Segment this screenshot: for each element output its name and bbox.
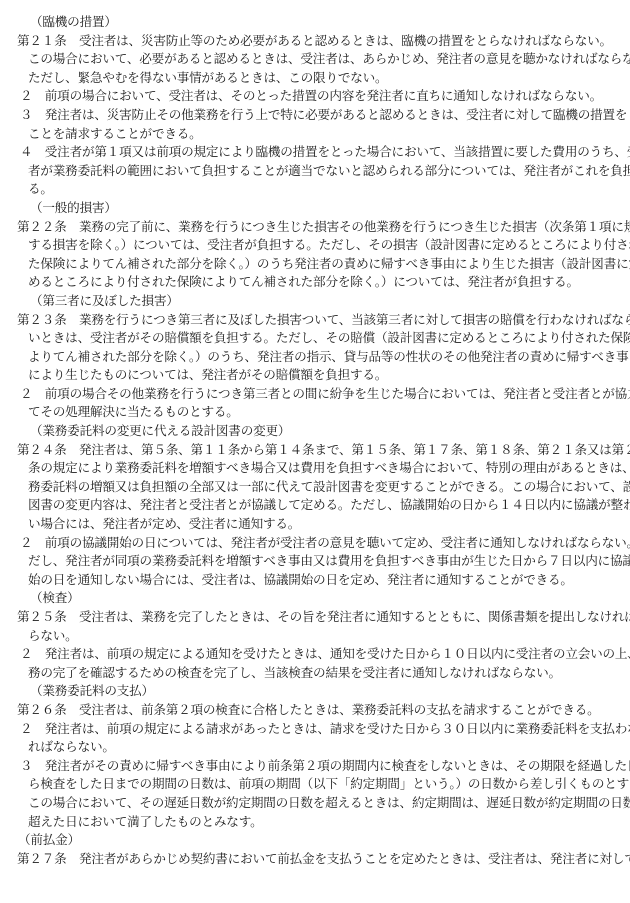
continuation-line: た保険によりてん補された部分を除く。）のうち発注者の責めに帰すべき事由により生じ… — [0, 255, 630, 274]
continuation-line: 務の完了を確認するための検査を完了し、当該検査の結果を受注者に通知しなければなら… — [0, 664, 630, 683]
article-first-line: 第２５条 受注者は、業務を完了したときは、その旨を発注者に通知するとともに、関係… — [0, 608, 630, 627]
continuation-line: 条の規定により業務委託料を増額すべき場合又は費用を負担すべき場合において、特別の… — [0, 459, 630, 478]
article-first-line: 第２１条 受注者は、災害防止等のため必要があると認めるときは、臨機の措置をとらな… — [0, 32, 630, 51]
paragraph-first-line: ２ 前項の場合その他業務を行うにつき第三者との間に紛争を生じた場合においては、発… — [0, 385, 630, 404]
continuation-line: 超えた日において満了したものとみなす。 — [0, 813, 630, 832]
article-first-line: 第２７条 発注者があらかじめ契約書において前払金を支払うことを定めたときは、受注… — [0, 850, 630, 869]
article-heading: （業務委託料の変更に代える設計図書の変更） — [0, 422, 630, 441]
continuation-line: めるところにより付された保険によりてん補された部分を除く。）については、発注者が… — [0, 273, 630, 292]
continuation-line: 始の日を通知しない場合には、受注者は、協議開始の日を定め、発注者に通知することが… — [0, 571, 630, 590]
continuation-line: する損害を除く。）については、受注者が負担する。ただし、その損害（設計図書に定め… — [0, 236, 630, 255]
continuation-line: ら検査をした日までの期間の日数は、前項の期間（以下「約定期間」という。）の日数か… — [0, 775, 630, 794]
article-first-line: 第２３条 業務を行うにつき第三者に及ぼした損害ついて、当該第三者に対して損害の賠… — [0, 311, 630, 330]
article-heading: （一般的損害） — [0, 199, 630, 218]
article-heading: （臨機の措置） — [0, 13, 630, 32]
paragraph-first-line: ２ 前項の場合において、受注者は、そのとった措置の内容を発注者に直ちに通知しなけ… — [0, 87, 630, 106]
article-heading: （業務委託料の支払） — [0, 682, 630, 701]
article-first-line: 第２２条 業務の完了前に、業務を行うにつき生じた損害その他業務を行うにつき生じた… — [0, 218, 630, 237]
continuation-line: る。 — [0, 180, 630, 199]
paragraph-first-line: ３ 発注者がその責めに帰すべき事由により前条第２項の期間内に検査をしないときは、… — [0, 757, 630, 776]
paragraph-first-line: ２ 発注者は、前項の規定による通知を受けたときは、通知を受けた日から１０日以内に… — [0, 645, 630, 664]
paragraph-first-line: ３ 発注者は、災害防止その他業務を行う上で特に必要があると認めるときは、受注者に… — [0, 106, 630, 125]
continuation-line: この場合において、必要があると認めるときは、受注者は、あらかじめ、発注者の意見を… — [0, 50, 630, 69]
contract-document-page: （臨機の措置）第２１条 受注者は、災害防止等のため必要があると認めるときは、臨機… — [0, 0, 630, 868]
continuation-line: ことを請求することができる。 — [0, 125, 630, 144]
continuation-line: 務委託料の増額又は負担額の全部又は一部に代えて設計図書を変更することができる。こ… — [0, 478, 630, 497]
continuation-line: この場合において、その遅延日数が約定期間の日数を超えるときは、約定期間は、遅延日… — [0, 794, 630, 813]
continuation-line: よりてん補された部分を除く。）のうち、発注者の指示、貸与品等の性状のその他発注者… — [0, 348, 630, 367]
paragraph-first-line: ２ 発注者は、前項の規定による請求があったときは、請求を受けた日から３０日以内に… — [0, 720, 630, 739]
article-heading: （検査） — [0, 589, 630, 608]
continuation-line: により生じたものについては、発注者がその賠償額を負担する。 — [0, 366, 630, 385]
continuation-line: だし、発注者が同項の業務委託料を増額すべき事由又は費用を負担すべき事由が生じた日… — [0, 552, 630, 571]
article-heading: （前払金） — [0, 831, 630, 850]
continuation-line: いときは、受注者がその賠償額を負担する。ただし、その賠償（設計図書に定めるところ… — [0, 329, 630, 348]
continuation-line: ただし、緊急やむを得ない事情があるときは、この限りでない。 — [0, 69, 630, 88]
continuation-line: らない。 — [0, 627, 630, 646]
paragraph-first-line: ２ 前項の協議開始の日については、発注者が受注者の意見を聴いて定め、受注者に通知… — [0, 534, 630, 553]
continuation-line: 者が業務委託料の範囲において負担することが適当でないと認められる部分については、… — [0, 162, 630, 181]
continuation-line: てその処理解決に当たるものとする。 — [0, 403, 630, 422]
continuation-line: い場合には、発注者が定め、受注者に通知する。 — [0, 515, 630, 534]
article-first-line: 第２４条 発注者は、第５条、第１１条から第１４条まで、第１５条、第１７条、第１８… — [0, 441, 630, 460]
article-first-line: 第２６条 受注者は、前条第２項の検査に合格したときは、業務委託料の支払を請求する… — [0, 701, 630, 720]
continuation-line: ればならない。 — [0, 738, 630, 757]
continuation-line: 図書の変更内容は、発注者と受注者とが協議して定める。ただし、協議開始の日から１４… — [0, 496, 630, 515]
article-heading: （第三者に及ぼした損害） — [0, 292, 630, 311]
paragraph-first-line: ４ 受注者が第１項又は前項の規定により臨機の措置をとった場合において、当該措置に… — [0, 143, 630, 162]
